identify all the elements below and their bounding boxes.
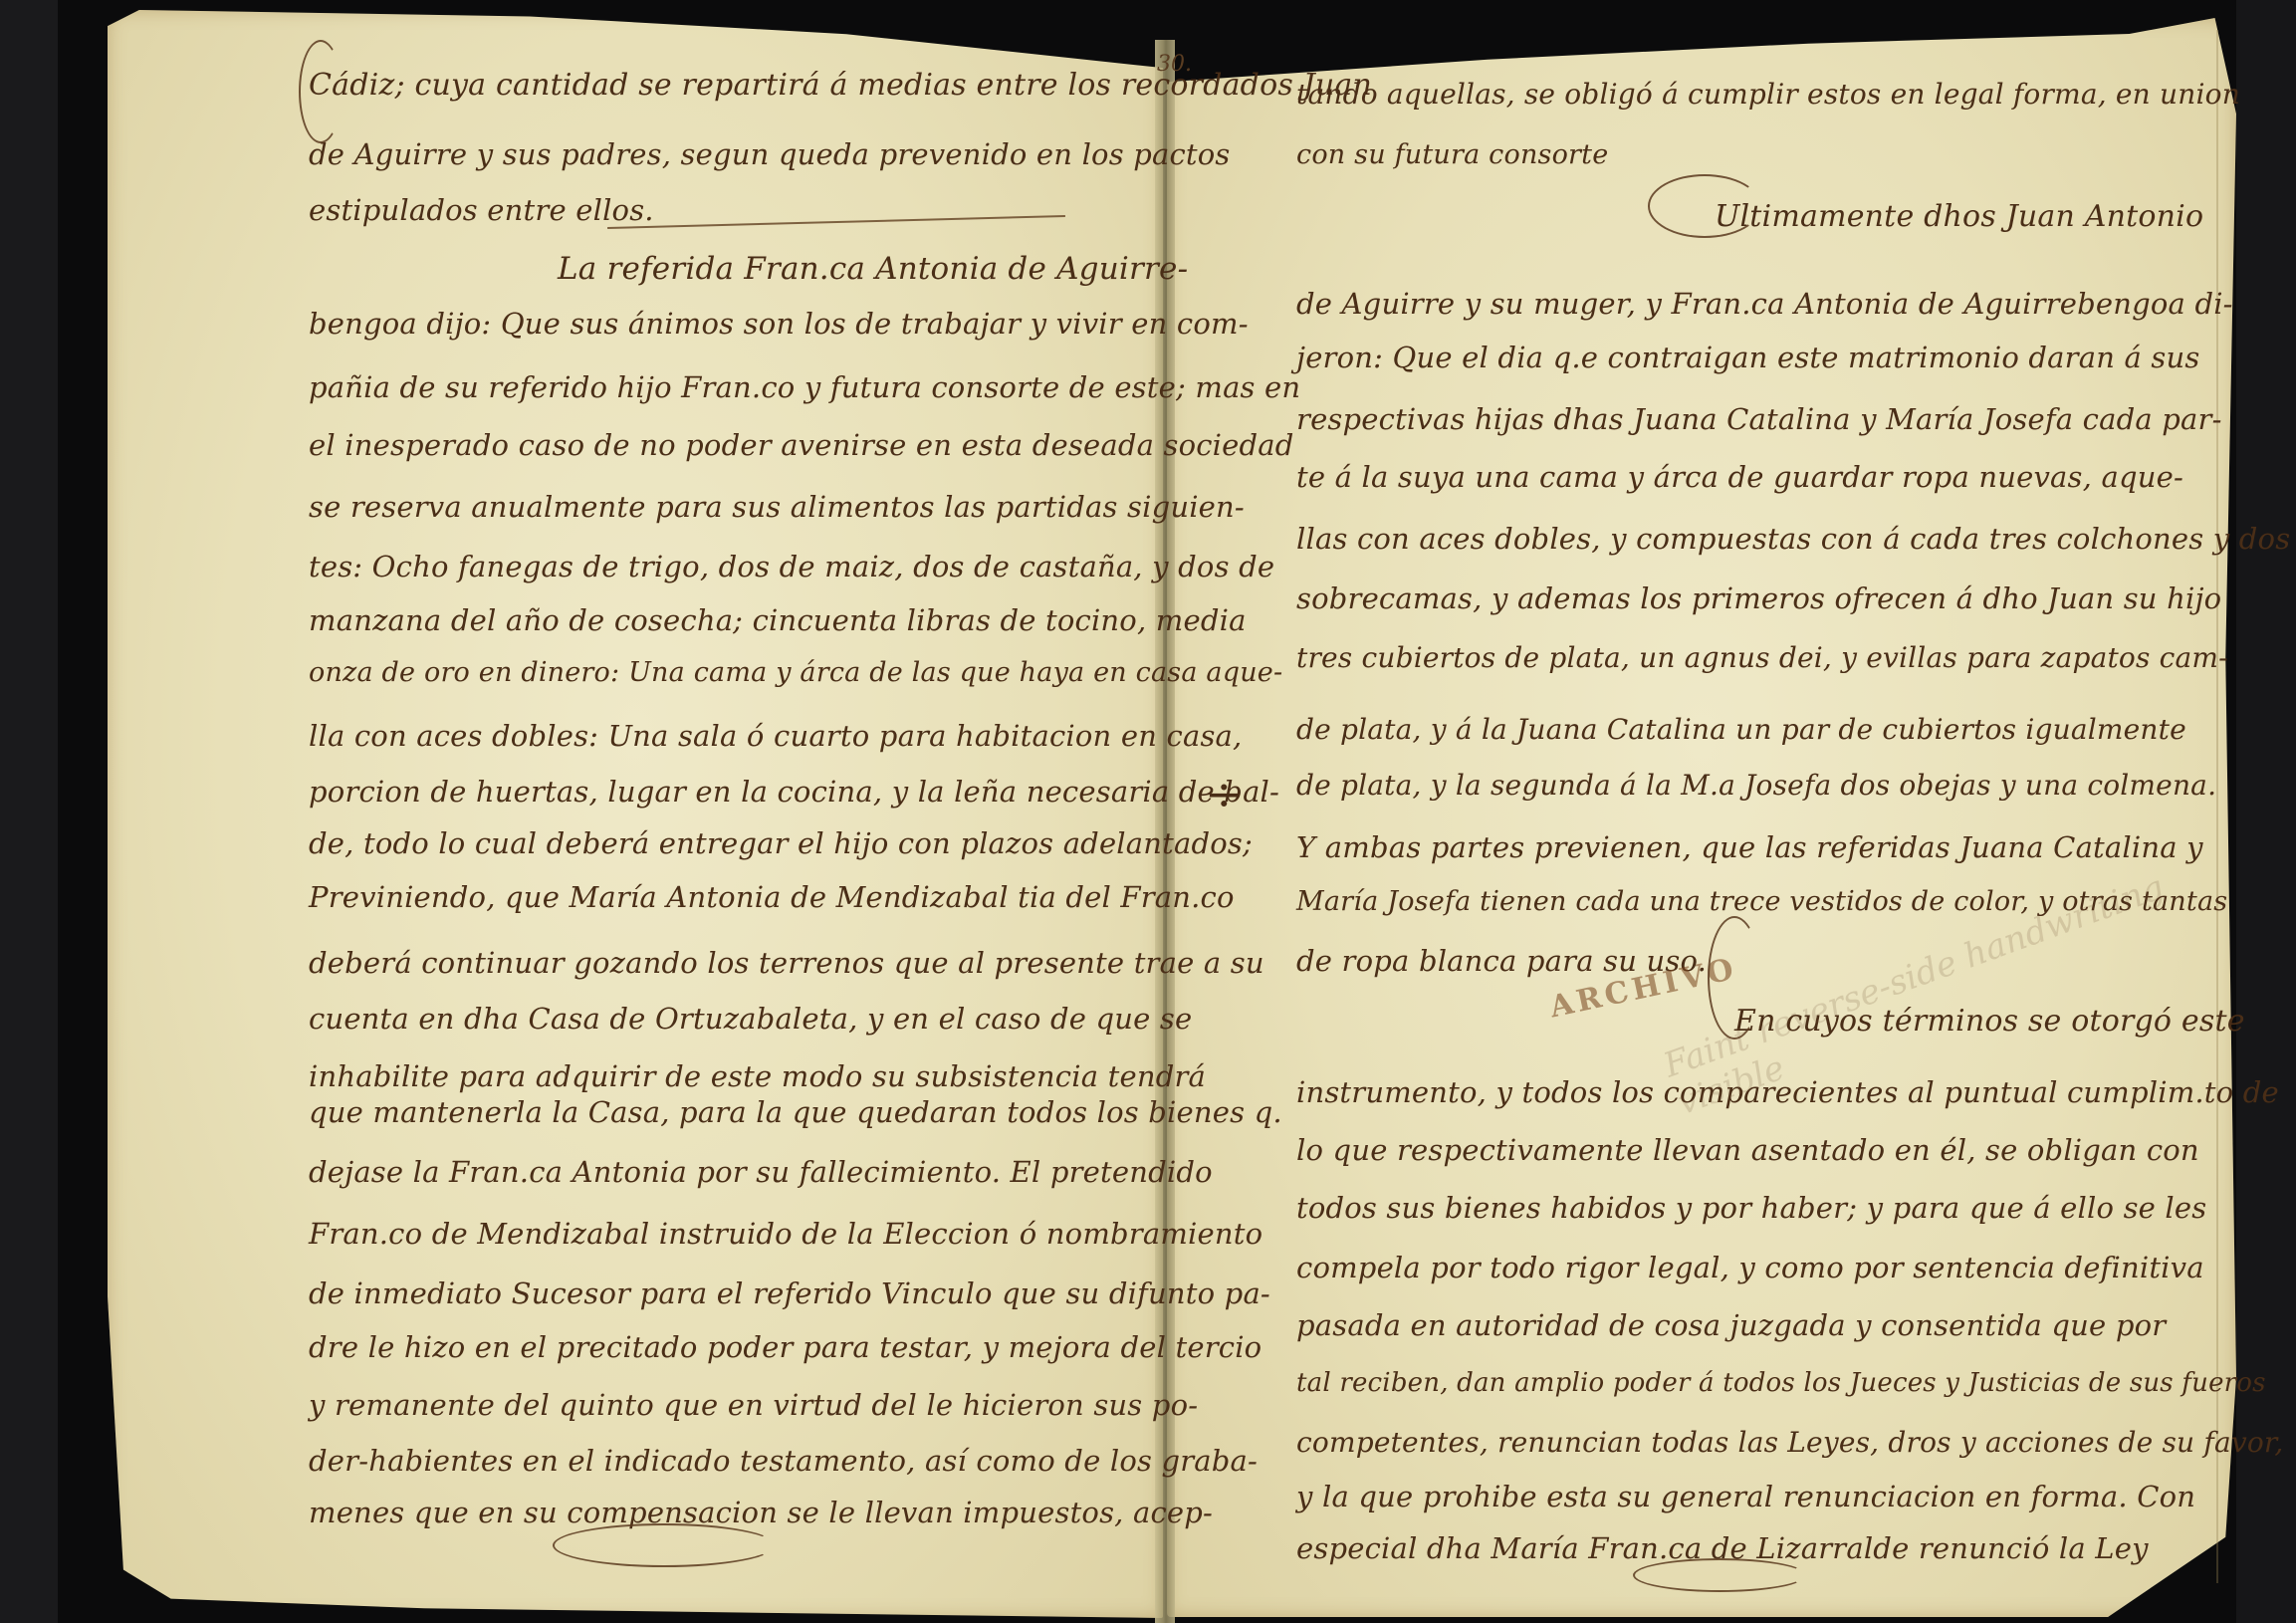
- manuscript-line: Previniendo, que María Antonia de Mendiz…: [309, 880, 1235, 914]
- manuscript-line: der-habientes en el indicado testamento,…: [309, 1444, 1258, 1478]
- manuscript-line: y la que prohibe esta su general renunci…: [1296, 1480, 2195, 1513]
- manuscript-line: lla con aces dobles: Una sala ó cuarto p…: [309, 719, 1242, 753]
- manuscript-line: inhabilite para adquirir de este modo su…: [309, 1059, 1206, 1093]
- manuscript-line: se reserva anualmente para sus alimentos…: [309, 490, 1245, 524]
- manuscript-line: manzana del año de cosecha; cincuenta li…: [309, 603, 1247, 637]
- capital-flourish: [1648, 174, 1761, 238]
- manuscript-line: pañia de su referido hijo Fran.co y futu…: [309, 370, 1300, 404]
- manuscript-line: Cádiz; cuya cantidad se repartirá á medi…: [309, 68, 1372, 103]
- manuscript-line: dejase la Fran.ca Antonia por su falleci…: [309, 1155, 1213, 1189]
- manuscript-line: jeron: Que el dia q.e contraigan este ma…: [1296, 341, 2199, 374]
- manuscript-line: compela por todo rigor legal, y como por…: [1296, 1251, 2204, 1284]
- manuscript-line: tando aquellas, se obligó á cumplir esto…: [1296, 78, 2240, 111]
- manuscript-line: de Aguirre y sus padres, segun queda pre…: [309, 137, 1231, 171]
- manuscript-line: el inesperado caso de no poder avenirse …: [309, 428, 1294, 462]
- manuscript-line: te á la suya una cama y árca de guardar …: [1296, 460, 2183, 494]
- closing-flourish: [1633, 1558, 1806, 1592]
- manuscript-line: Y ambas partes previenen, que las referi…: [1296, 830, 2203, 864]
- capital-flourish: [1708, 916, 1761, 1040]
- manuscript-line: porcion de huertas, lugar en la cocina, …: [309, 775, 1279, 809]
- manuscript-line: cuenta en dha Casa de Ortuzabaleta, y en…: [309, 1002, 1192, 1036]
- manuscript-line: onza de oro en dinero: Una cama y árca d…: [309, 657, 1282, 688]
- manuscript-line: de plata, y á la Juana Catalina un par d…: [1296, 713, 2186, 746]
- manuscript-line: lo que respectivamente llevan asentado e…: [1296, 1133, 2199, 1167]
- manuscript-line: competentes, renuncian todas las Leyes, …: [1296, 1426, 2284, 1459]
- manuscript-line: todos sus bienes habidos y por haber; y …: [1296, 1191, 2206, 1225]
- manuscript-line: Ultimamente dhos Juan Antonio: [1715, 199, 2203, 234]
- manuscript-line: estipulados entre ellos.: [309, 193, 654, 227]
- manuscript-line: bengoa dijo: Que sus ánimos son los de t…: [309, 307, 1249, 341]
- left-frame-border: [0, 0, 58, 1623]
- manuscript-line: de, todo lo cual deberá entregar el hijo…: [309, 826, 1253, 860]
- manuscript-line: de plata, y la segunda á la M.a Josefa d…: [1296, 769, 2216, 802]
- manuscript-line: Fran.co de Mendizabal instruido de la El…: [309, 1217, 1263, 1251]
- manuscript-line: La referida Fran.ca Antonia de Aguirre-: [558, 251, 1188, 287]
- manuscript-line: con su futura consorte: [1296, 139, 1608, 170]
- manuscript-line: llas con aces dobles, y compuestas con á…: [1296, 522, 2290, 556]
- manuscript-line: respectivas hijas dhas Juana Catalina y …: [1296, 402, 2222, 436]
- manuscript-line: de inmediato Sucesor para el referido Vi…: [309, 1276, 1270, 1310]
- manuscript-line: sobrecamas, y ademas los primeros ofrece…: [1296, 581, 2221, 615]
- margin-annotation: ÷: [1205, 767, 1244, 820]
- manuscript-line: deberá continuar gozando los terrenos qu…: [309, 946, 1264, 980]
- manuscript-line: de Aguirre y su muger, y Fran.ca Antonia…: [1296, 287, 2233, 321]
- closing-flourish: [553, 1523, 776, 1567]
- manuscript-line: tal reciben, dan amplio poder á todos lo…: [1296, 1368, 2266, 1398]
- manuscript-line: tes: Ocho fanegas de trigo, dos de maiz,…: [309, 550, 1274, 583]
- manuscript-line: que mantenerla la Casa, para la que qued…: [309, 1095, 1282, 1129]
- manuscript-line: tres cubiertos de plata, un agnus dei, y…: [1296, 641, 2228, 674]
- right-page-fold-edge: [2216, 30, 2218, 1583]
- manuscript-line: pasada en autoridad de cosa juzgada y co…: [1296, 1308, 2166, 1342]
- manuscript-line: menes que en su compensacion se le lleva…: [309, 1496, 1213, 1529]
- initial-flourish: [299, 40, 343, 143]
- manuscript-line: y remanente del quinto que en virtud del…: [309, 1388, 1198, 1422]
- manuscript-line: dre le hizo en el precitado poder para t…: [309, 1330, 1262, 1364]
